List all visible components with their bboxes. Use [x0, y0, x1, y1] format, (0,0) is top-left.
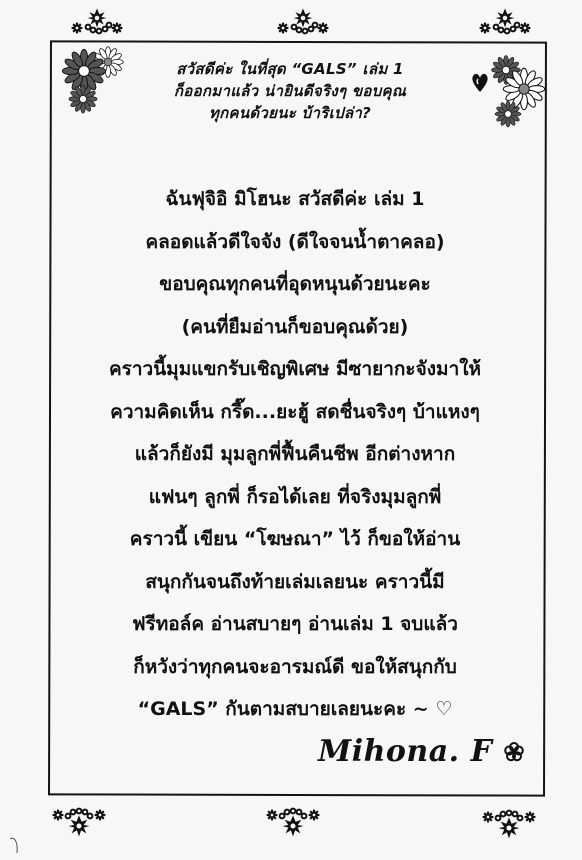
heart-icon — [470, 72, 490, 94]
greeting-line: ก็ออกมาแล้ว น่ายินดีจริงๆ ขอบคุณ — [110, 80, 470, 102]
message-line: คลอดแล้วดีใจจัง (ดีใจจนน้ำตาคลอ) — [60, 221, 530, 264]
signature-text: Mihona. F — [318, 734, 492, 769]
daisy-group-icon — [488, 52, 550, 134]
message-line: ขอบคุณทุกคนที่อุดหนุนด้วยนะคะ — [60, 263, 530, 306]
message-line: คราวนี้มุมแขกรับเชิญพิเศษ มีซายากะจังมาใ… — [60, 348, 530, 391]
flower-cluster-icon — [66, 6, 128, 36]
flower-cluster-icon — [478, 805, 540, 841]
greeting-line: ทุกคนด้วยนะ บ้าริเปล่า? — [110, 102, 470, 124]
flower-icon — [503, 741, 525, 763]
message-line: (คนที่ยืมอ่านก็ขอบคุณด้วย) — [60, 306, 530, 349]
message-line: คราวนี้ เขียน “โฆษณา” ไว้ ก็ขอให้อ่าน — [60, 518, 530, 561]
message-line: ก็หวังว่าทุกคนจะอารมณ์ดี ขอให้สนุกกับ — [60, 646, 530, 689]
message-line: แฟนๆ ลูกพี่ ก็รอได้เลย ที่จริงมุมลูกพี่ — [60, 476, 530, 519]
greeting-text: สวัสดีค่ะ ในที่สุด “GALS” เล่ม 1 ก็ออกมา… — [110, 58, 470, 124]
message-line: ความคิดเห็น กรี๊ด...ยะฮู้ สดชื่นจริงๆ บ้… — [60, 391, 530, 434]
flower-cluster-icon — [272, 6, 334, 36]
message-body: ฉันฟุจิอิ มิโฮนะ สวัสดีค่ะ เล่ม 1 คลอดแล… — [60, 178, 530, 731]
message-line: “GALS” กันตามสบายเลยนะคะ ~ ♡ — [60, 688, 530, 731]
signature: Mihona. F — [318, 734, 525, 769]
message-line: แล้วก็ยังมี มุมลูกพี่ฟื้นคืนชีพ อีกต่างห… — [60, 433, 530, 476]
message-line: ฟรีทอล์ค อ่านสบายๆ อ่านเล่ม 1 จบแล้ว — [60, 603, 530, 646]
flower-cluster-icon — [262, 803, 324, 839]
pen-mark — [8, 835, 22, 857]
flower-cluster-icon — [48, 803, 110, 839]
message-line: ฉันฟุจิอิ มิโฮนะ สวัสดีค่ะ เล่ม 1 — [60, 178, 530, 221]
message-line: สนุกกันจนถึงท้ายเล่มเลยนะ คราวนี้มี — [60, 561, 530, 604]
flower-cluster-icon — [474, 6, 536, 36]
greeting-line: สวัสดีค่ะ ในที่สุด “GALS” เล่ม 1 — [110, 58, 470, 80]
